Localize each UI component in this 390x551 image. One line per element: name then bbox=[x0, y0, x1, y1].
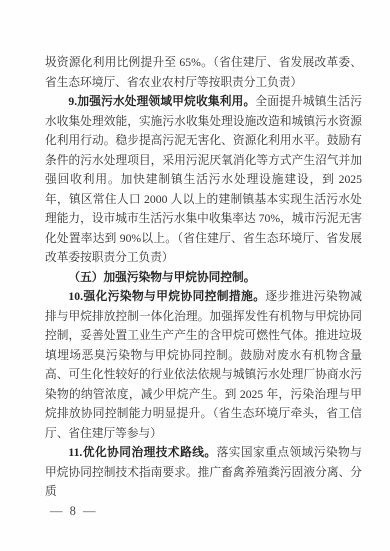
paragraph-item-11-lead: 11.优化协同治理技术路线。 bbox=[68, 446, 216, 459]
paragraph-item-10-lead: 10.强化污染物与甲烷协同控制措施。 bbox=[68, 290, 265, 303]
document-body: 圾资源化利用比例提升至 65%。（省住建厅、省发展改革委、省生态环境厅、省农业农… bbox=[45, 53, 362, 502]
section-heading-5: （五）加强污染物与甲烷协同控制。 bbox=[45, 268, 362, 288]
paragraph-item-9-lead: 9.加强污水处理领域甲烷收集利用。 bbox=[68, 95, 255, 108]
paragraph-item-10-body: 逐步推进污染物减排与甲烷排放控制一体化治理。加强挥发性有机物与甲烷协同控制，妥善… bbox=[45, 290, 362, 440]
paragraph-continuation-text: 圾资源化利用比例提升至 65%。（省住建厅、省发展改革委、省生态环境厅、省农业农… bbox=[45, 56, 362, 89]
paragraph-item-11: 11.优化协同治理技术路线。落实国家重点领域污染物与甲烷协同控制技术指南要求。推… bbox=[45, 443, 362, 502]
page-footer: — 8 — bbox=[50, 504, 98, 519]
paragraph-item-9: 9.加强污水处理领域甲烷收集利用。全面提升城镇生活污水收集处理效能，实施污水收集… bbox=[45, 92, 362, 268]
paragraph-continuation: 圾资源化利用比例提升至 65%。（省住建厅、省发展改革委、省生态环境厅、省农业农… bbox=[45, 53, 362, 92]
paragraph-item-10: 10.强化污染物与甲烷协同控制措施。逐步推进污染物减排与甲烷排放控制一体化治理。… bbox=[45, 287, 362, 443]
page-number: — 8 — bbox=[50, 504, 98, 518]
document-page: 圾资源化利用比例提升至 65%。（省住建厅、省发展改革委、省生态环境厅、省农业农… bbox=[0, 0, 390, 551]
paragraph-item-9-body: 全面提升城镇生活污水收集处理效能，实施污水收集处理设施改造和城镇污水资源化利用行… bbox=[45, 95, 362, 264]
section-heading-5-text: （五）加强污染物与甲烷协同控制。 bbox=[68, 271, 255, 284]
